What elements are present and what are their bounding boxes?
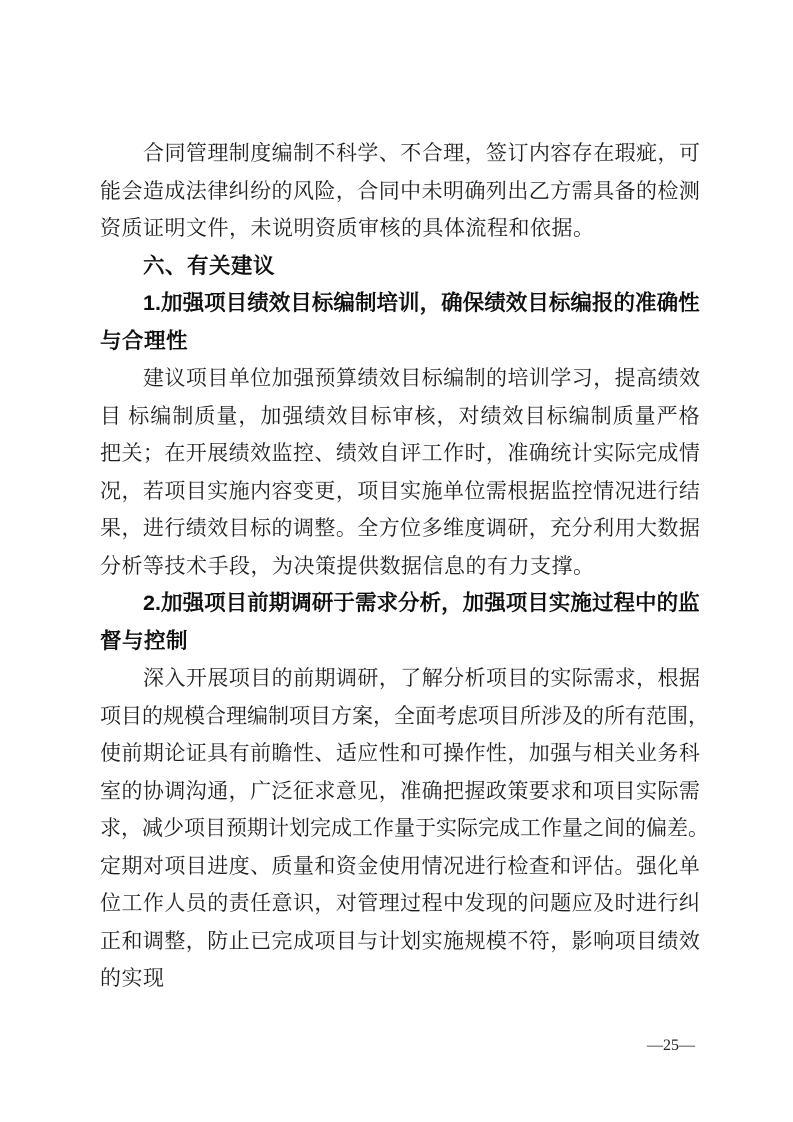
page-number: —25—	[647, 1036, 695, 1056]
text-line: 果，进行绩效目标的调整。全方位多维度调研，充分利用大数据	[100, 510, 700, 548]
text-line: 建议项目单位加强预算绩效目标编制的培训学习，提高绩效	[100, 360, 700, 398]
text-line: 把关；在开展绩效监控、绩效自评工作时，准确统计实际完成情	[100, 435, 700, 473]
text-line: 项目的规模合理编制项目方案，全面考虑项目所涉及的所有范围，	[100, 698, 700, 736]
text-line: 正和调整，防止已完成项目与计划实施规模不符，影响项目绩效	[100, 923, 700, 961]
text-line: 定期对项目进度、质量和资金使用情况进行检查和评估。强化单	[100, 848, 700, 886]
text-line: 资质证明文件，未说明资质审核的具体流程和依据。	[100, 210, 700, 248]
document-page: 合同管理制度编制不科学、不合理，签订内容存在瑕疵，可能会造成法律纠纷的风险，合同…	[0, 0, 793, 1122]
text-line: 目 标编制质量，加强绩效目标审核，对绩效目标编制质量严格	[100, 398, 700, 436]
heading-line: 2.加强项目前期调研于需求分析，加强项目实施过程中的监	[100, 585, 700, 623]
heading-line: 1.加强项目绩效目标编制培训，确保绩效目标编报的准确性	[100, 285, 700, 323]
text-line: 位工作人员的责任意识，对管理过程中发现的问题应及时进行纠	[100, 885, 700, 923]
text-line: 使前期论证具有前瞻性、适应性和可操作性，加强与相关业务科	[100, 735, 700, 773]
text-line: 室的协调沟通，广泛征求意见，准确把握政策要求和项目实际需	[100, 773, 700, 811]
heading-line: 与合理性	[100, 323, 700, 361]
document-body: 合同管理制度编制不科学、不合理，签订内容存在瑕疵，可能会造成法律纠纷的风险，合同…	[100, 135, 700, 998]
text-line: 况，若项目实施内容变更，项目实施单位需根据监控情况进行结	[100, 473, 700, 511]
heading-line: 督与控制	[100, 623, 700, 661]
text-line: 分析等技术手段，为决策提供数据信息的有力支撑。	[100, 548, 700, 586]
text-line: 的实现	[100, 960, 700, 998]
heading-line: 六、有关建议	[100, 248, 700, 286]
text-line: 能会造成法律纠纷的风险，合同中未明确列出乙方需具备的检测	[100, 173, 700, 211]
text-line: 求，减少项目预期计划完成工作量于实际完成工作量之间的偏差。	[100, 810, 700, 848]
text-line: 深入开展项目的前期调研，了解分析项目的实际需求，根据	[100, 660, 700, 698]
text-line: 合同管理制度编制不科学、不合理，签订内容存在瑕疵，可	[100, 135, 700, 173]
